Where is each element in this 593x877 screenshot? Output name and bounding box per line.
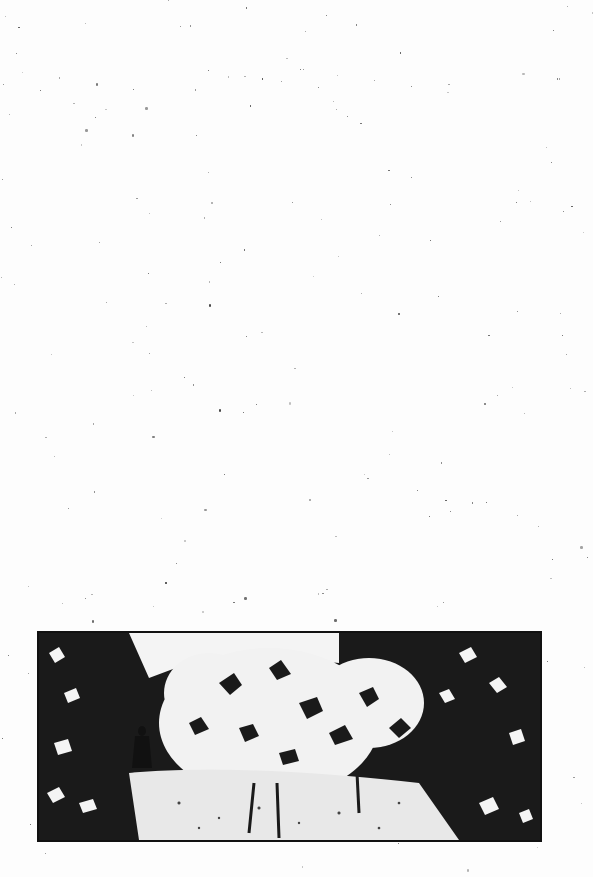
illustration-panel <box>37 631 542 842</box>
forest-illustration <box>39 633 540 840</box>
